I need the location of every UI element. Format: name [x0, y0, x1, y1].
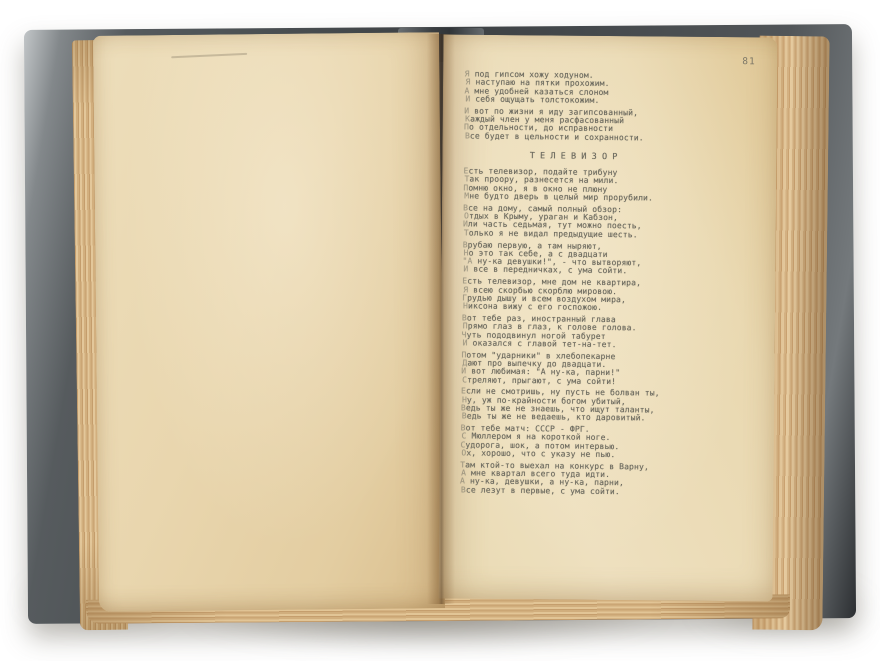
left-page-blank: [93, 32, 445, 612]
poem-stanza: Там ктой-то выехал на конкурс в Варну,А …: [460, 461, 720, 497]
poem-pre-title-block: Я под гипсом хожу ходуном.Я наступаю на …: [464, 70, 725, 143]
poem-line: Все будет в цельности и сохранности.: [465, 132, 724, 143]
poem-stanza: И вот по жизни я иду загипсованный,Кажды…: [464, 107, 724, 143]
poem-text: Я под гипсом хожу ходуном.Я наступаю на …: [460, 70, 725, 500]
poem-line: Ох, хорошо, что с указу не пью.: [461, 449, 720, 460]
book-gutter: [427, 34, 455, 604]
pencil-mark: [171, 53, 247, 58]
poem-line: Все лезут в первые, с ума сойти.: [461, 486, 720, 497]
poem-stanza-block: Есть телевизор, подайте трибунуТак проор…: [460, 168, 724, 498]
page-number: 81: [742, 56, 756, 67]
poem-line: И оказался с главой тет-на-тет.: [463, 339, 722, 350]
poem-line: Только я не видал предыдущие шесть.: [464, 229, 723, 240]
poem-line: И себя ощущать толстокожим.: [465, 95, 724, 106]
poem-title: ТЕЛЕВИЗОР: [530, 152, 724, 162]
poem-stanza: Есть телевизор, мне дом не квартира,Я вс…: [462, 278, 722, 314]
poem-stanza: Вот тебе матч: СССР - ФРГ.С Мюллером я н…: [460, 424, 720, 460]
poem-stanza: Потом "ударники" в хлебопекарнеДают про …: [461, 351, 721, 387]
poem-line: Ведь ты же не ведаешь, кто даровитый.: [462, 413, 721, 424]
poem-stanza: Есть телевизор, подайте трибунуТак проор…: [463, 168, 723, 204]
poem-line: Стреляют, прыгают, с ума сойти!: [462, 376, 721, 387]
poem-stanza: Вот тебе раз, иностранный главаПрямо гла…: [462, 314, 722, 350]
poem-line: Никсона вижу с его госпожою.: [463, 303, 722, 314]
right-page: 81 Я под гипсом хожу ходуном.Я наступаю …: [439, 35, 778, 602]
poem-stanza: Если не смотришь, ну пусть не болван ты,…: [461, 388, 721, 424]
poem-line: И все в передничках, с ума сойти.: [463, 266, 722, 277]
poem-stanza: Я под гипсом хожу ходуном.Я наступаю на …: [464, 70, 724, 106]
photo-background: 81 Я под гипсом хожу ходуном.Я наступаю …: [0, 0, 880, 661]
poem-stanza: Все на дому, самый полный обзор:Отдых в …: [463, 204, 723, 240]
poem-stanza: Врубаю первую, а там ныряют,Но это так с…: [462, 241, 722, 277]
poem-line: Мне будто дверь в целый мир прорубили.: [464, 192, 723, 203]
